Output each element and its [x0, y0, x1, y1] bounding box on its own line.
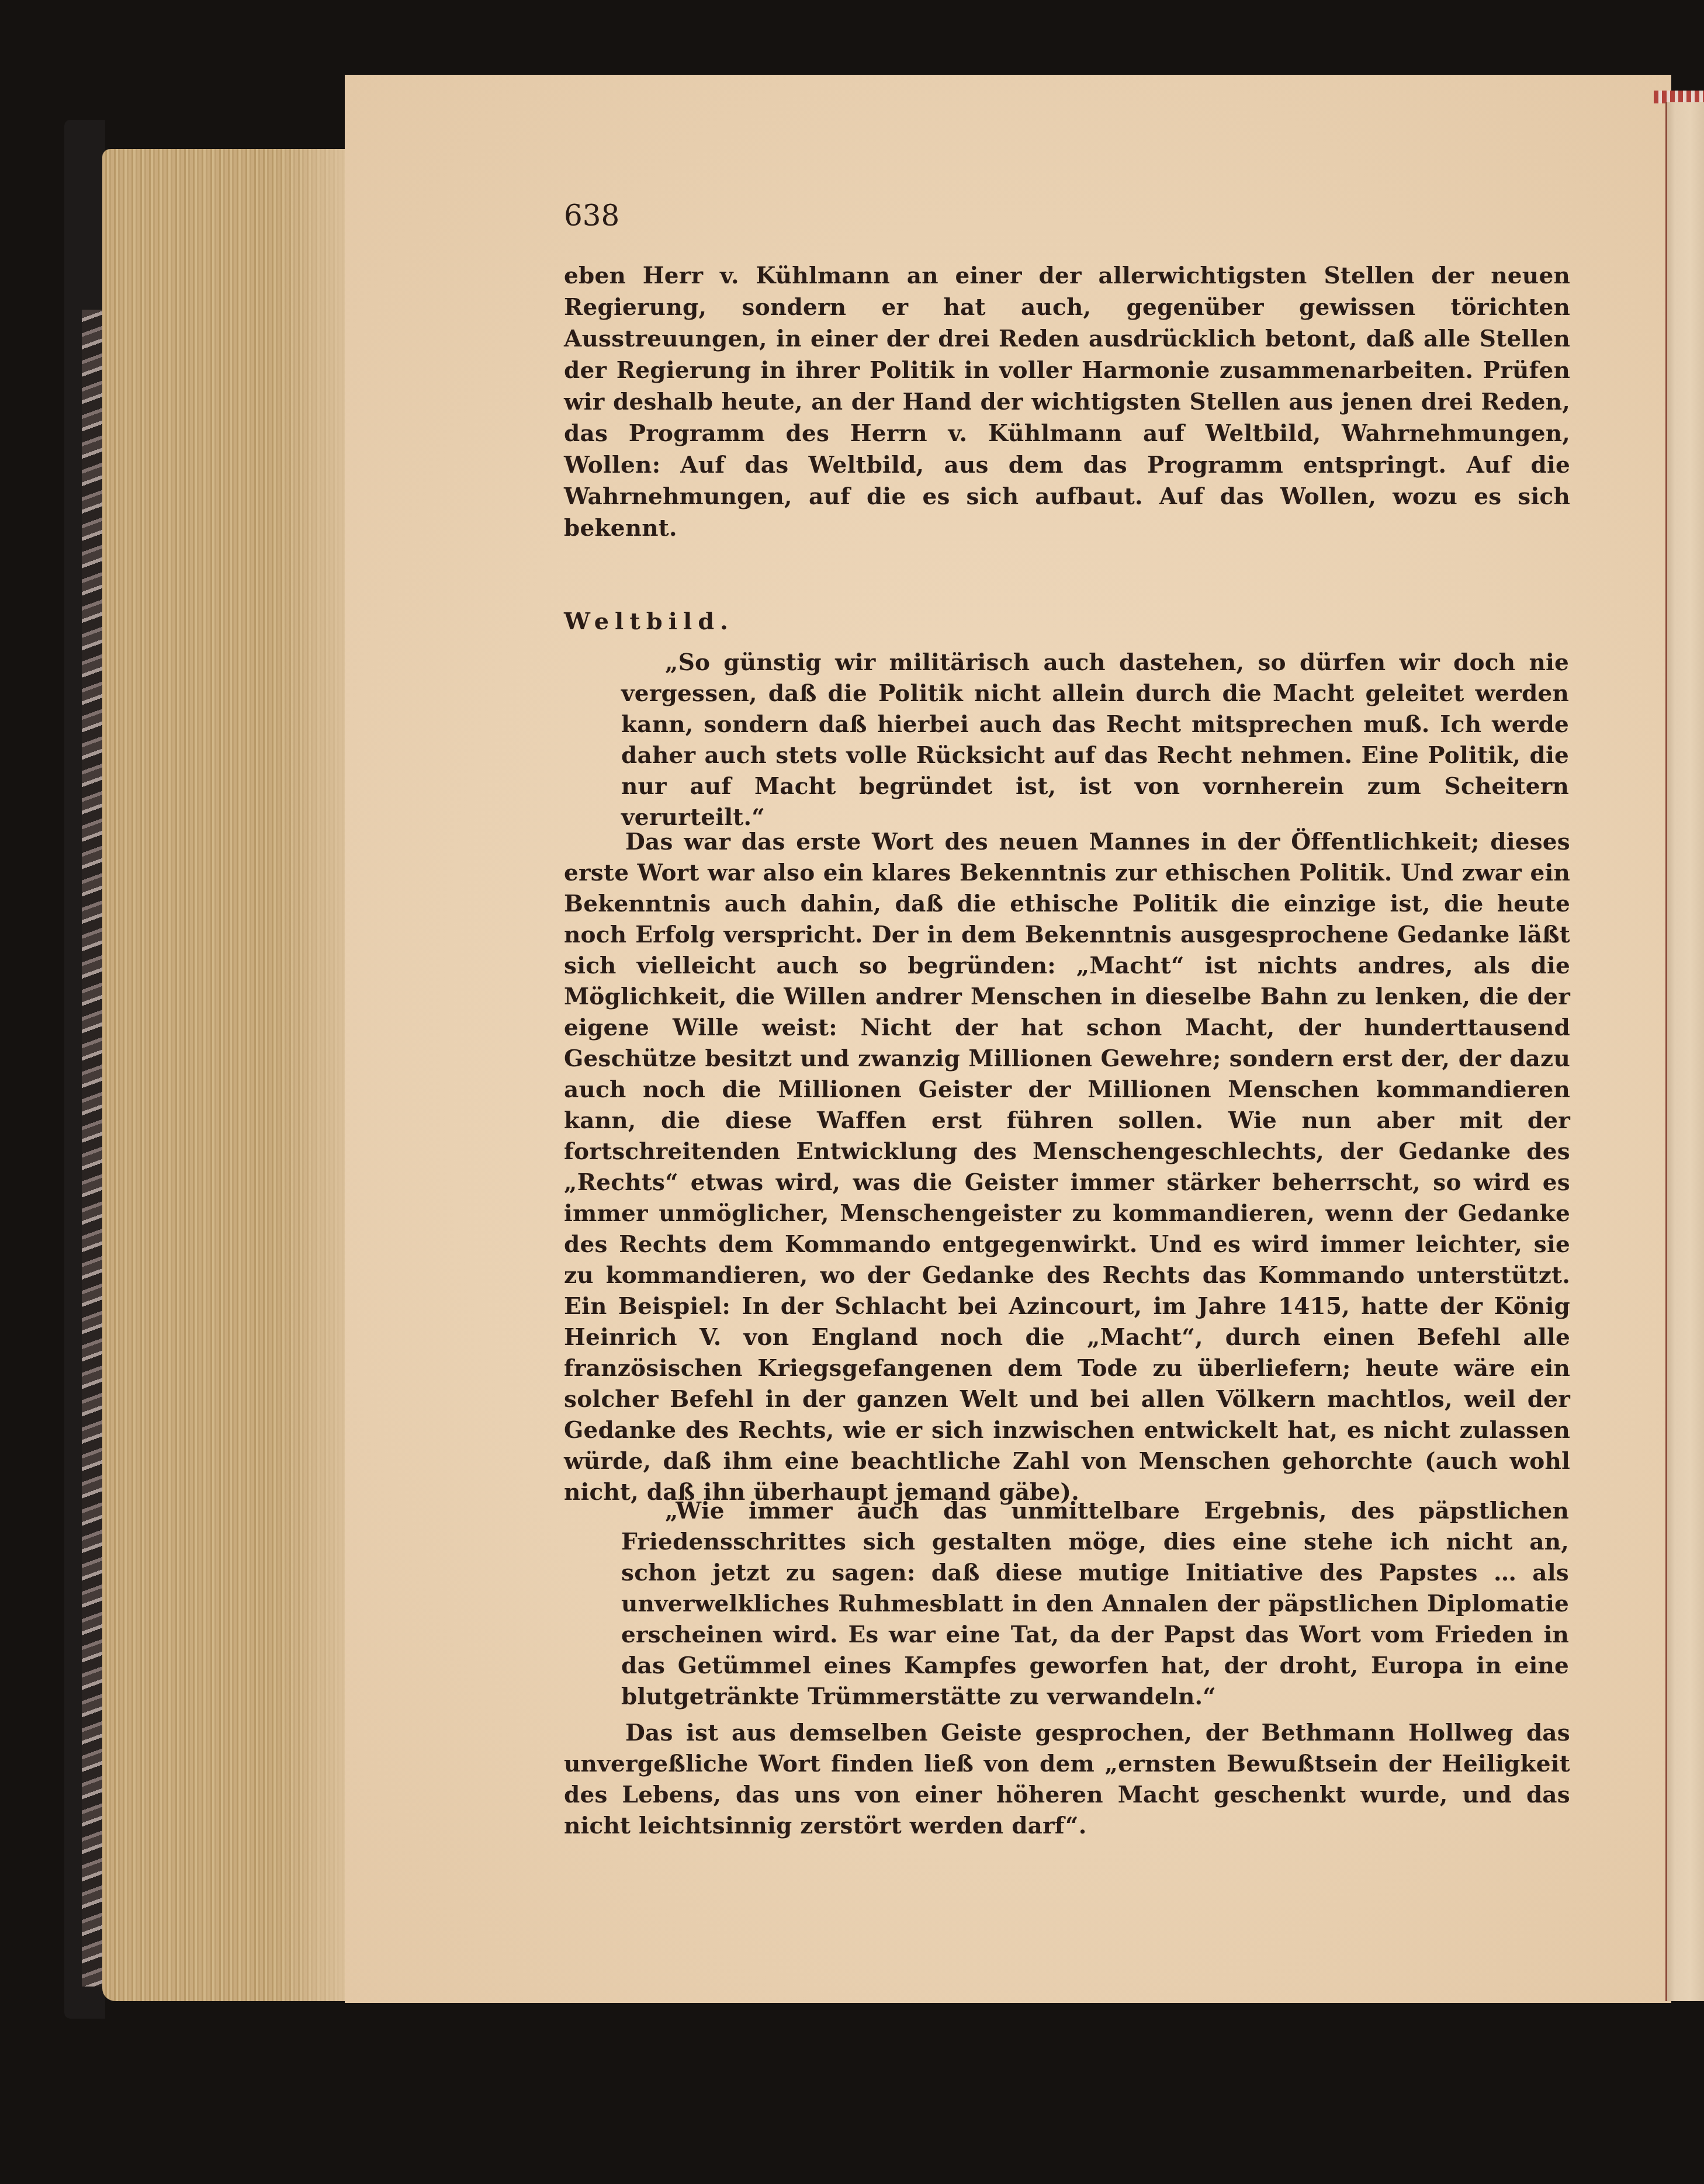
quote-1-block: „So günstig wir militärisch auch dastehe…	[564, 647, 1570, 833]
page-gutter	[1665, 102, 1704, 2001]
intro-paragraph-block: eben Herr v. Kühlmann an einer der aller…	[564, 260, 1570, 544]
paragraph-2-block: Das war das erste Wort des neuen Mannes …	[564, 827, 1570, 1508]
quote-2-block: „Wie immer auch das unmittelbare Ergebni…	[564, 1496, 1570, 1712]
headband	[1654, 91, 1704, 103]
paragraph-3-block: Das ist aus demselben Geiste gesprochen,…	[564, 1718, 1570, 1842]
page-stack-edges	[102, 149, 348, 2001]
paragraph-2: Das war das erste Wort des neuen Mannes …	[564, 827, 1570, 1508]
quote-2: „Wie immer auch das unmittelbare Ergebni…	[621, 1496, 1569, 1712]
section-heading: Weltbild.	[564, 608, 1570, 635]
quote-1: „So günstig wir militärisch auch dastehe…	[621, 647, 1569, 833]
page-number: 638	[564, 199, 619, 233]
paragraph-3: Das ist aus demselben Geiste gesprochen,…	[564, 1718, 1570, 1842]
intro-paragraph: eben Herr v. Kühlmann an einer der aller…	[564, 260, 1570, 544]
